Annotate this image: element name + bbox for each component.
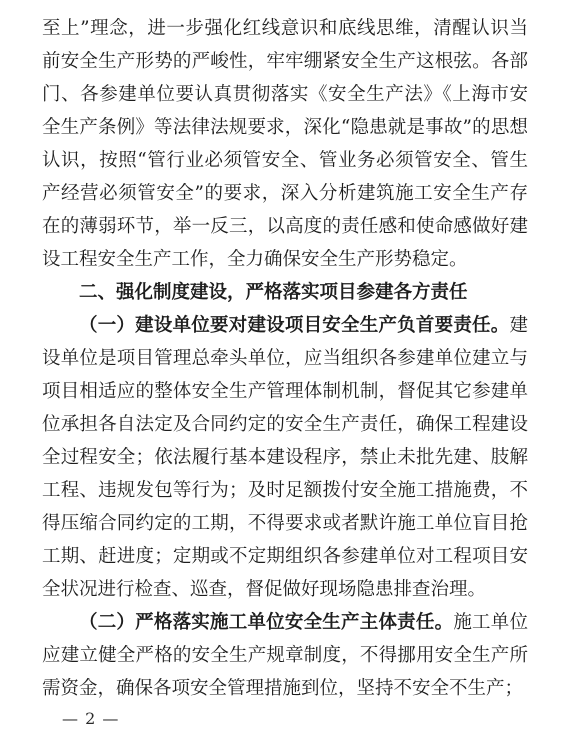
item-1-lead: （一）建设单位要对建设项目安全生产负首要责任。: [79, 315, 509, 336]
item-2-paragraph: （二）严格落实施工单位安全生产主体责任。施工单位应建立健全严格的安全生产规章制度…: [42, 606, 528, 705]
document-body: 至上”理念，进一步强化红线意识和底线思维，清醒认识当前安全生产形势的严峻性，牢牢…: [42, 12, 528, 705]
item-1-body: 建设单位是项目管理总牵头单位，应当组织各参建单位建立与项目相适应的整体安全生产管…: [42, 315, 528, 600]
item-1-paragraph: （一）建设单位要对建设项目安全生产负首要责任。建设单位是项目管理总牵头单位，应当…: [42, 309, 528, 606]
paragraph-continuation: 至上”理念，进一步强化红线意识和底线思维，清醒认识当前安全生产形势的严峻性，牢牢…: [42, 12, 528, 276]
section-heading: 二、强化制度建设，严格落实项目参建各方责任: [42, 276, 528, 309]
document-page: 至上”理念，进一步强化红线意识和底线思维，清醒认识当前安全生产形势的严峻性，牢牢…: [0, 0, 568, 744]
page-number: — 2 —: [62, 708, 119, 730]
item-2-lead: （二）严格落实施工单位安全生产主体责任。: [79, 612, 453, 633]
